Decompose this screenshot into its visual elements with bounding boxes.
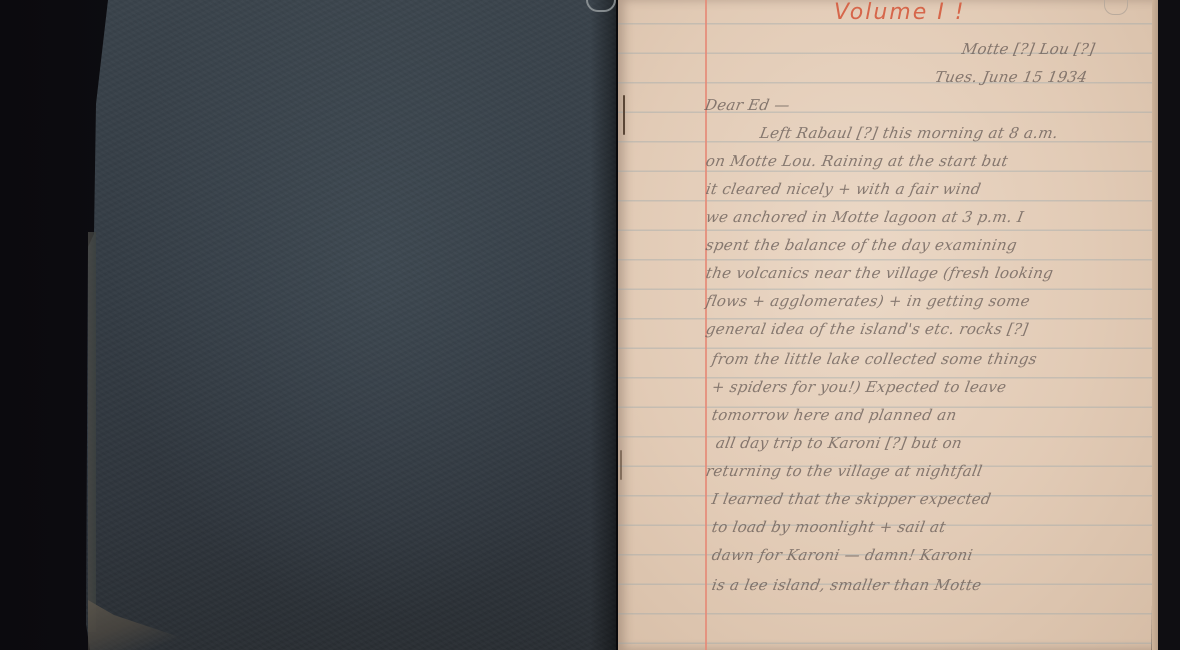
letter-line: returning to the village at nightfall [704,462,983,480]
letter-line: from the little lake collected some thin… [710,350,1038,368]
letter-line: Left Rabaul [?] this morning at 8 a.m. [758,124,1059,142]
letter-line: we anchored in Motte lagoon at 3 p.m. I [704,208,1025,226]
staple [623,95,625,135]
cover-inner-flap [88,232,96,632]
letter-line: tomorrow here and planned an [710,406,958,424]
spine-shadow [590,0,620,650]
letter-line: is a lee island, smaller than Motte [710,576,983,594]
letter-line: to load by moonlight + sail at [710,518,947,536]
cover-texture [86,0,616,650]
staple [620,450,622,480]
letter-line: the volcanics near the village (fresh lo… [704,264,1054,282]
letter-line: general idea of the island's etc. rocks … [704,320,1029,338]
letter-line: all day trip to Karoni [?] but on [714,434,963,452]
letter-line: dawn for Karoni — damn! Karoni [710,546,974,564]
letter-line: + spiders for you!) Expected to leave [710,378,1008,396]
letter-line: on Motte Lou. Raining at the start but [704,152,1009,170]
letter-line: spent the balance of the day examining [704,236,1018,254]
notebook-cover [86,0,616,650]
letter-line: I learned that the skipper expected [710,490,992,508]
letter-line: it cleared nicely + with a fair wind [704,180,982,198]
volume-heading: Volume I ! [834,0,966,25]
page-edge [1152,0,1158,650]
place-line: Motte [?] Lou [?] [960,40,1096,58]
greeting: Dear Ed — [703,96,791,114]
letter-line: flows + agglomerates) + in getting some [704,292,1031,310]
date-line: Tues. June 15 1934 [933,68,1088,86]
